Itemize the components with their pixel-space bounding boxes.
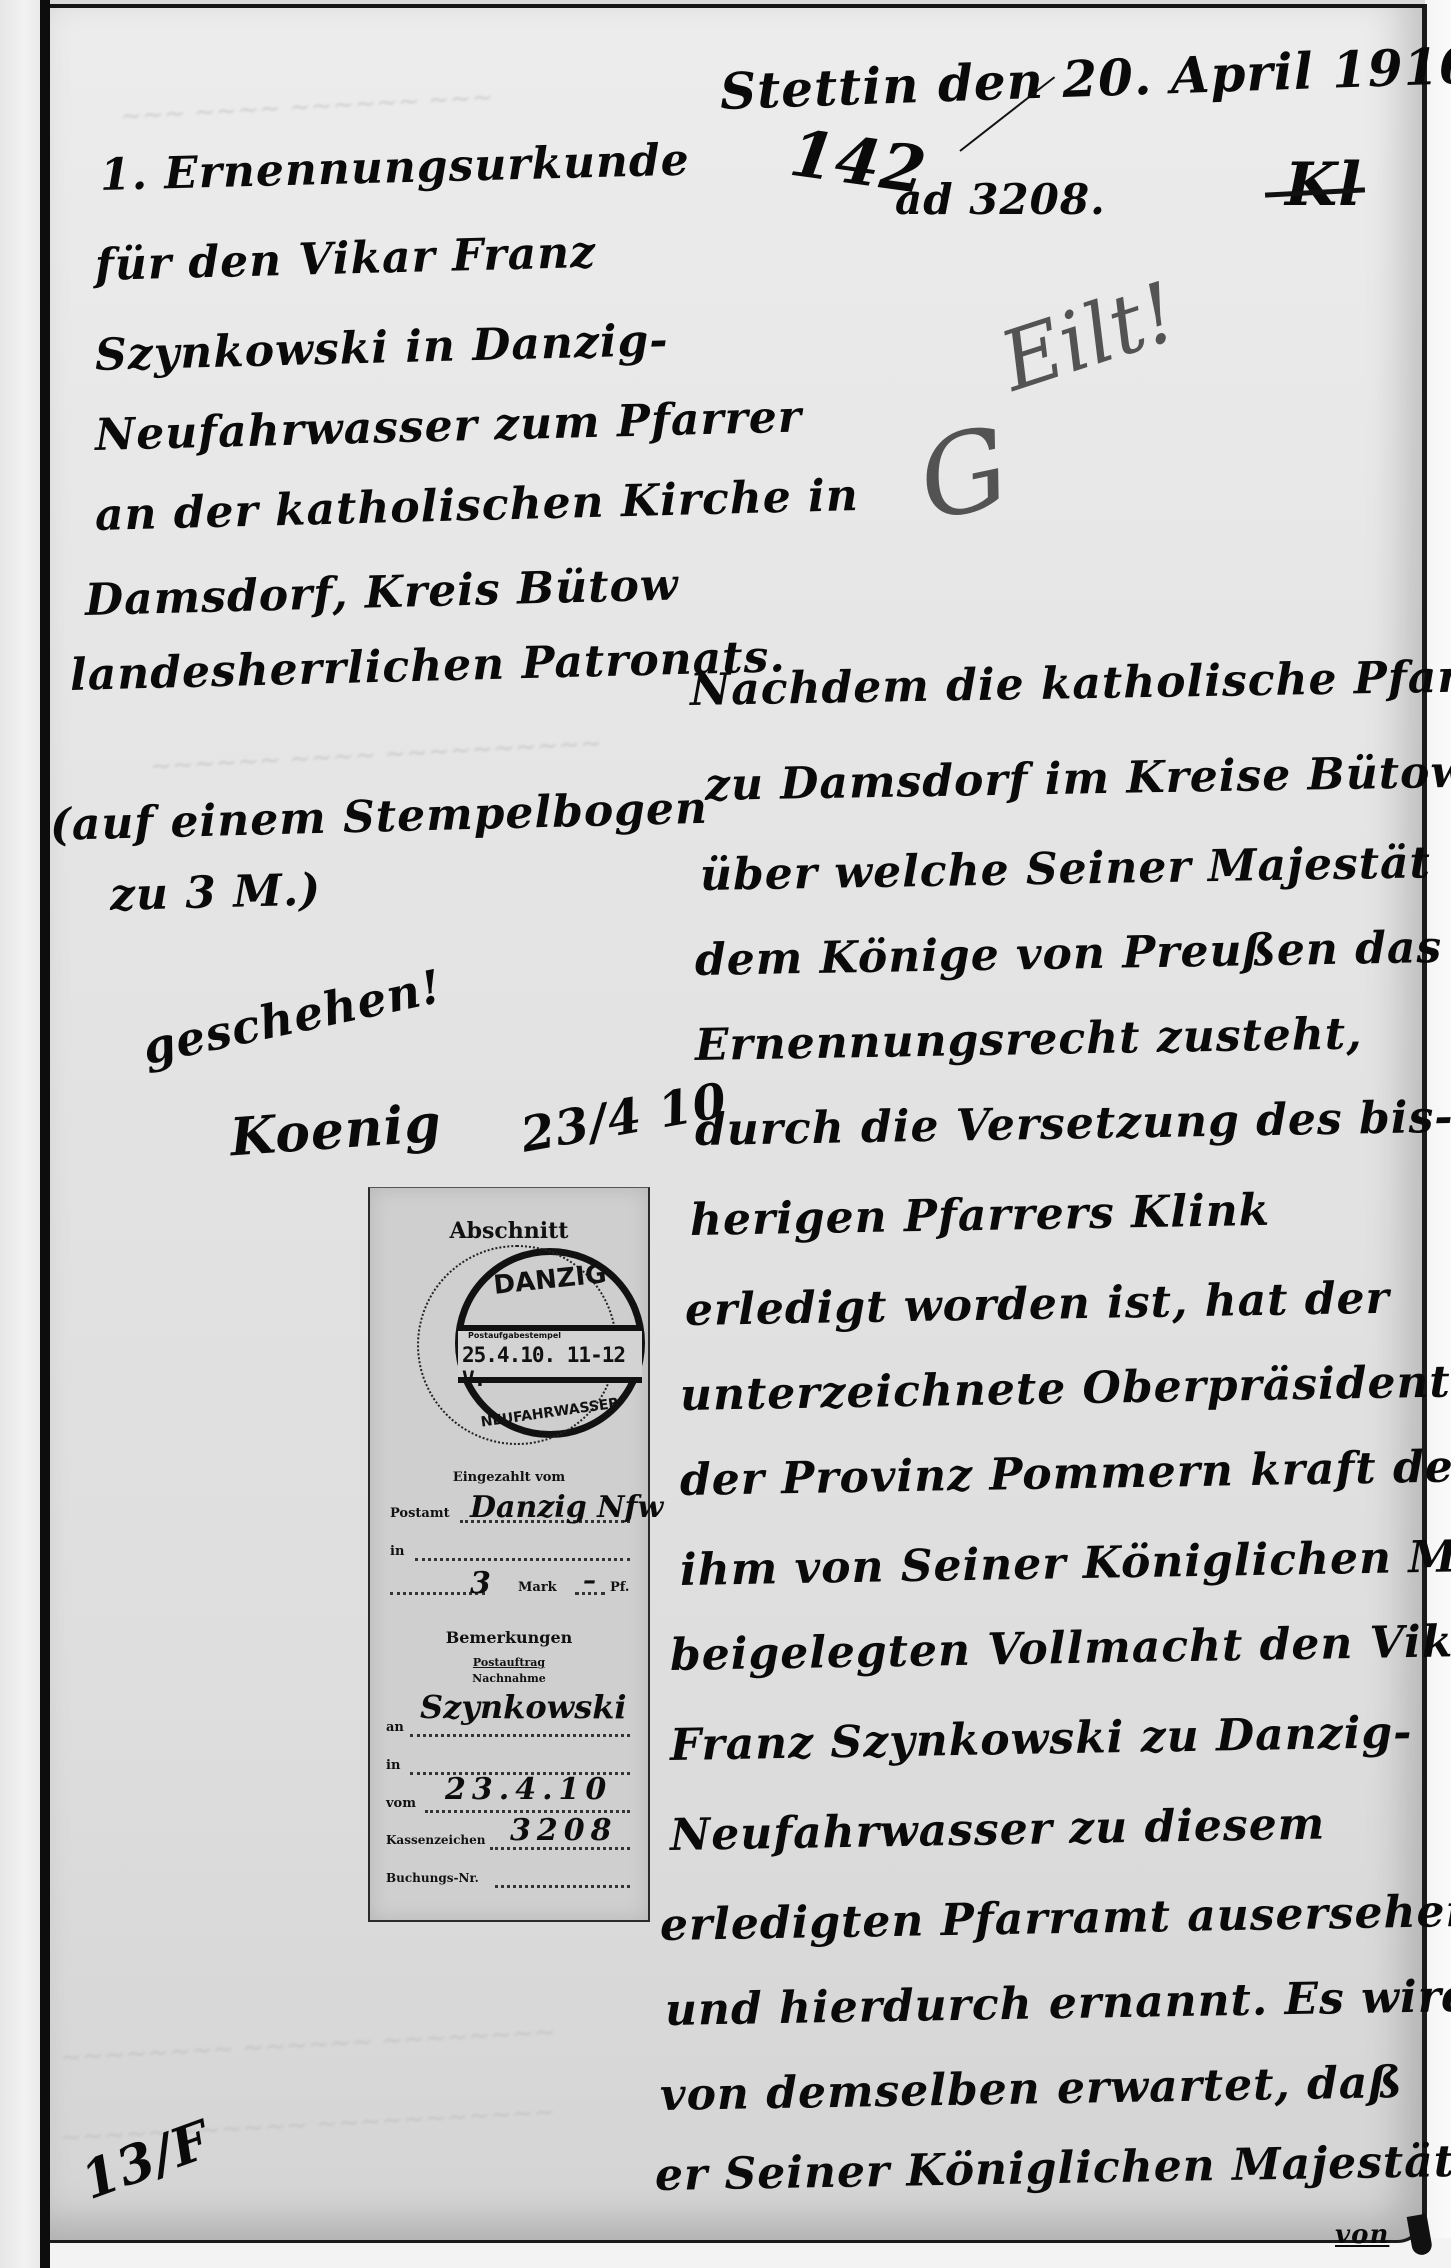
field-label-postamt: Postamt — [390, 1506, 450, 1521]
field-value-kassenzeichen: 3208 — [510, 1813, 618, 1848]
postmark-band-label: Postaufgabestempel — [468, 1331, 561, 1340]
remarks-label: Bemerkungen — [370, 1628, 648, 1647]
field-value-an: Szynkowski — [420, 1688, 627, 1726]
receipt-title: Abschnitt — [370, 1218, 648, 1244]
field-label-in: in — [390, 1544, 404, 1559]
field-label-in-2: in — [386, 1758, 400, 1773]
postmark-city: DANZIG — [461, 1256, 639, 1304]
field-value-mark: 3 — [470, 1566, 491, 1601]
postmark-date-band: Postaufgabestempel 25.4.10. 11-12 V. — [458, 1325, 642, 1383]
field-value-postamt: Danzig Nfw — [470, 1490, 663, 1525]
field-dots — [415, 1558, 630, 1561]
remarks-postauftrag: Postauftrag — [370, 1656, 648, 1669]
postmark-stamp: DANZIG Postaufgabestempel 25.4.10. 11-12… — [455, 1248, 645, 1438]
field-dots — [410, 1734, 630, 1737]
field-value-vom: 23.4.10 — [445, 1772, 612, 1807]
field-label-kassenzeichen: Kassenzeichen — [386, 1833, 485, 1847]
postmark-date: 25.4.10. 11-12 V. — [462, 1343, 642, 1391]
body-line-7: herigen Pfarrers Klink — [690, 1185, 1271, 1246]
remarks-nachnahme: Nachnahme — [370, 1672, 648, 1685]
field-label-pf: Pf. — [610, 1580, 629, 1595]
binding-edge — [40, 0, 50, 2268]
catchword: von — [1335, 2220, 1389, 2250]
initials-mark: Kl — [1285, 150, 1362, 220]
file-reference: ad 3208. — [895, 175, 1106, 224]
left-note-line-2: zu 3 M.) — [109, 864, 321, 921]
field-label-mark: Mark — [518, 1580, 557, 1595]
postal-receipt-slip: Abschnitt DANZIG Postaufgabestempel 25.4… — [368, 1187, 650, 1922]
postmark-district: NEUFAHRWASSER — [462, 1393, 639, 1433]
field-value-pf: – — [583, 1566, 596, 1596]
field-label-buchungsnr: Buchungs-Nr. — [386, 1871, 479, 1885]
scan-left-margin — [0, 0, 40, 2268]
field-label-vom: vom — [386, 1796, 416, 1811]
eingezahlt-label: Eingezahlt vom — [370, 1470, 648, 1485]
field-label-an: an — [386, 1720, 404, 1735]
field-dots — [495, 1885, 630, 1888]
